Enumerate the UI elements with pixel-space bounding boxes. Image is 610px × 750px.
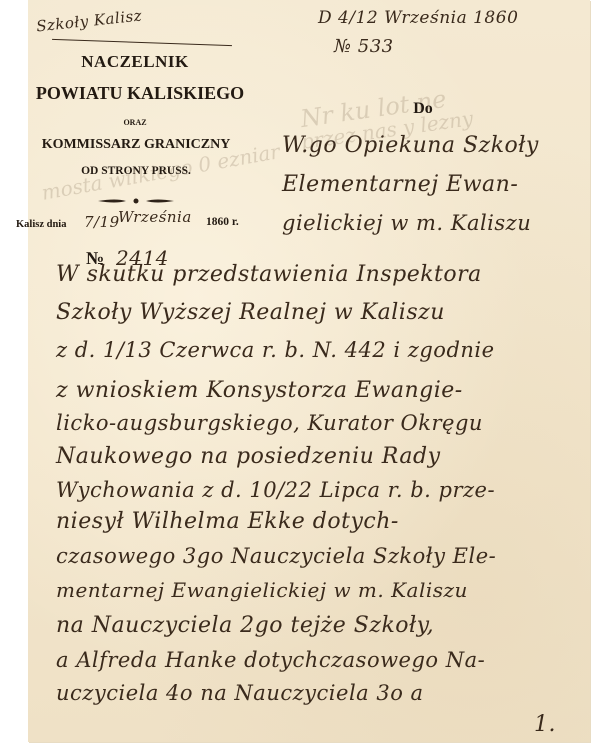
addressee-line: W.go Opiekuna Szkoły	[282, 133, 539, 158]
letterhead-line4: KOMMISSARZ GRANICZNY	[26, 137, 246, 153]
page-number: 1.	[534, 712, 556, 737]
body-line: na Nauczyciela 2go tejże Szkoły,	[56, 613, 434, 638]
body-line: Wychowania z d. 10/22 Lipca r. b. prze-	[56, 478, 495, 502]
body-line: licko-augsburgskiego, Kurator Okręgu	[56, 411, 483, 435]
dateline-year: 1860 r.	[206, 216, 239, 228]
body-line: a Alfreda Hanke dotychczasowego Na-	[56, 648, 485, 672]
body-line: Naukowego na posiedzeniu Rady	[56, 444, 441, 469]
dateline-month: Września	[118, 208, 192, 226]
body-line: uczyciela 4o na Nauczyciela 3o a	[56, 681, 424, 705]
body-line: mentarnej Ewangielickiej w m. Kaliszu	[56, 578, 468, 602]
body-line: W skutku przedstawienia Inspektora	[56, 262, 482, 287]
dateline-day: 7/19	[84, 213, 120, 231]
body-line: niesył Wilhelma Ekke dotych-	[56, 509, 399, 534]
body-line: Szkoły Wyższej Realnej w Kaliszu	[56, 300, 445, 325]
addressee-line: gielickiej w m. Kaliszu	[282, 211, 531, 235]
registry-number: № 533	[334, 36, 394, 57]
letterhead-line5: OD STRONY PRUSS.	[60, 165, 212, 177]
addressee-line: Elementarnej Ewan-	[282, 172, 518, 197]
body-line: z wnioskiem Konsystorza Ewangie-	[56, 378, 463, 403]
body-line: z d. 1/13 Czerwca r. b. N. 442 i zgodnie	[56, 338, 495, 362]
addressee-to: Do	[408, 100, 438, 118]
dateline-place: Kalisz dnia	[16, 219, 66, 230]
ornament-divider-icon	[96, 196, 176, 206]
letterhead-line3: ORAZ	[100, 118, 170, 127]
letterhead-line2: POWIATU KALISKIEGO	[12, 83, 268, 104]
letterhead-title: NACZELNIK	[70, 52, 200, 72]
registry-received: D 4/12 Września 1860	[318, 8, 518, 28]
body-line: czasowego 3go Nauczyciela Szkoły Ele-	[56, 544, 496, 568]
